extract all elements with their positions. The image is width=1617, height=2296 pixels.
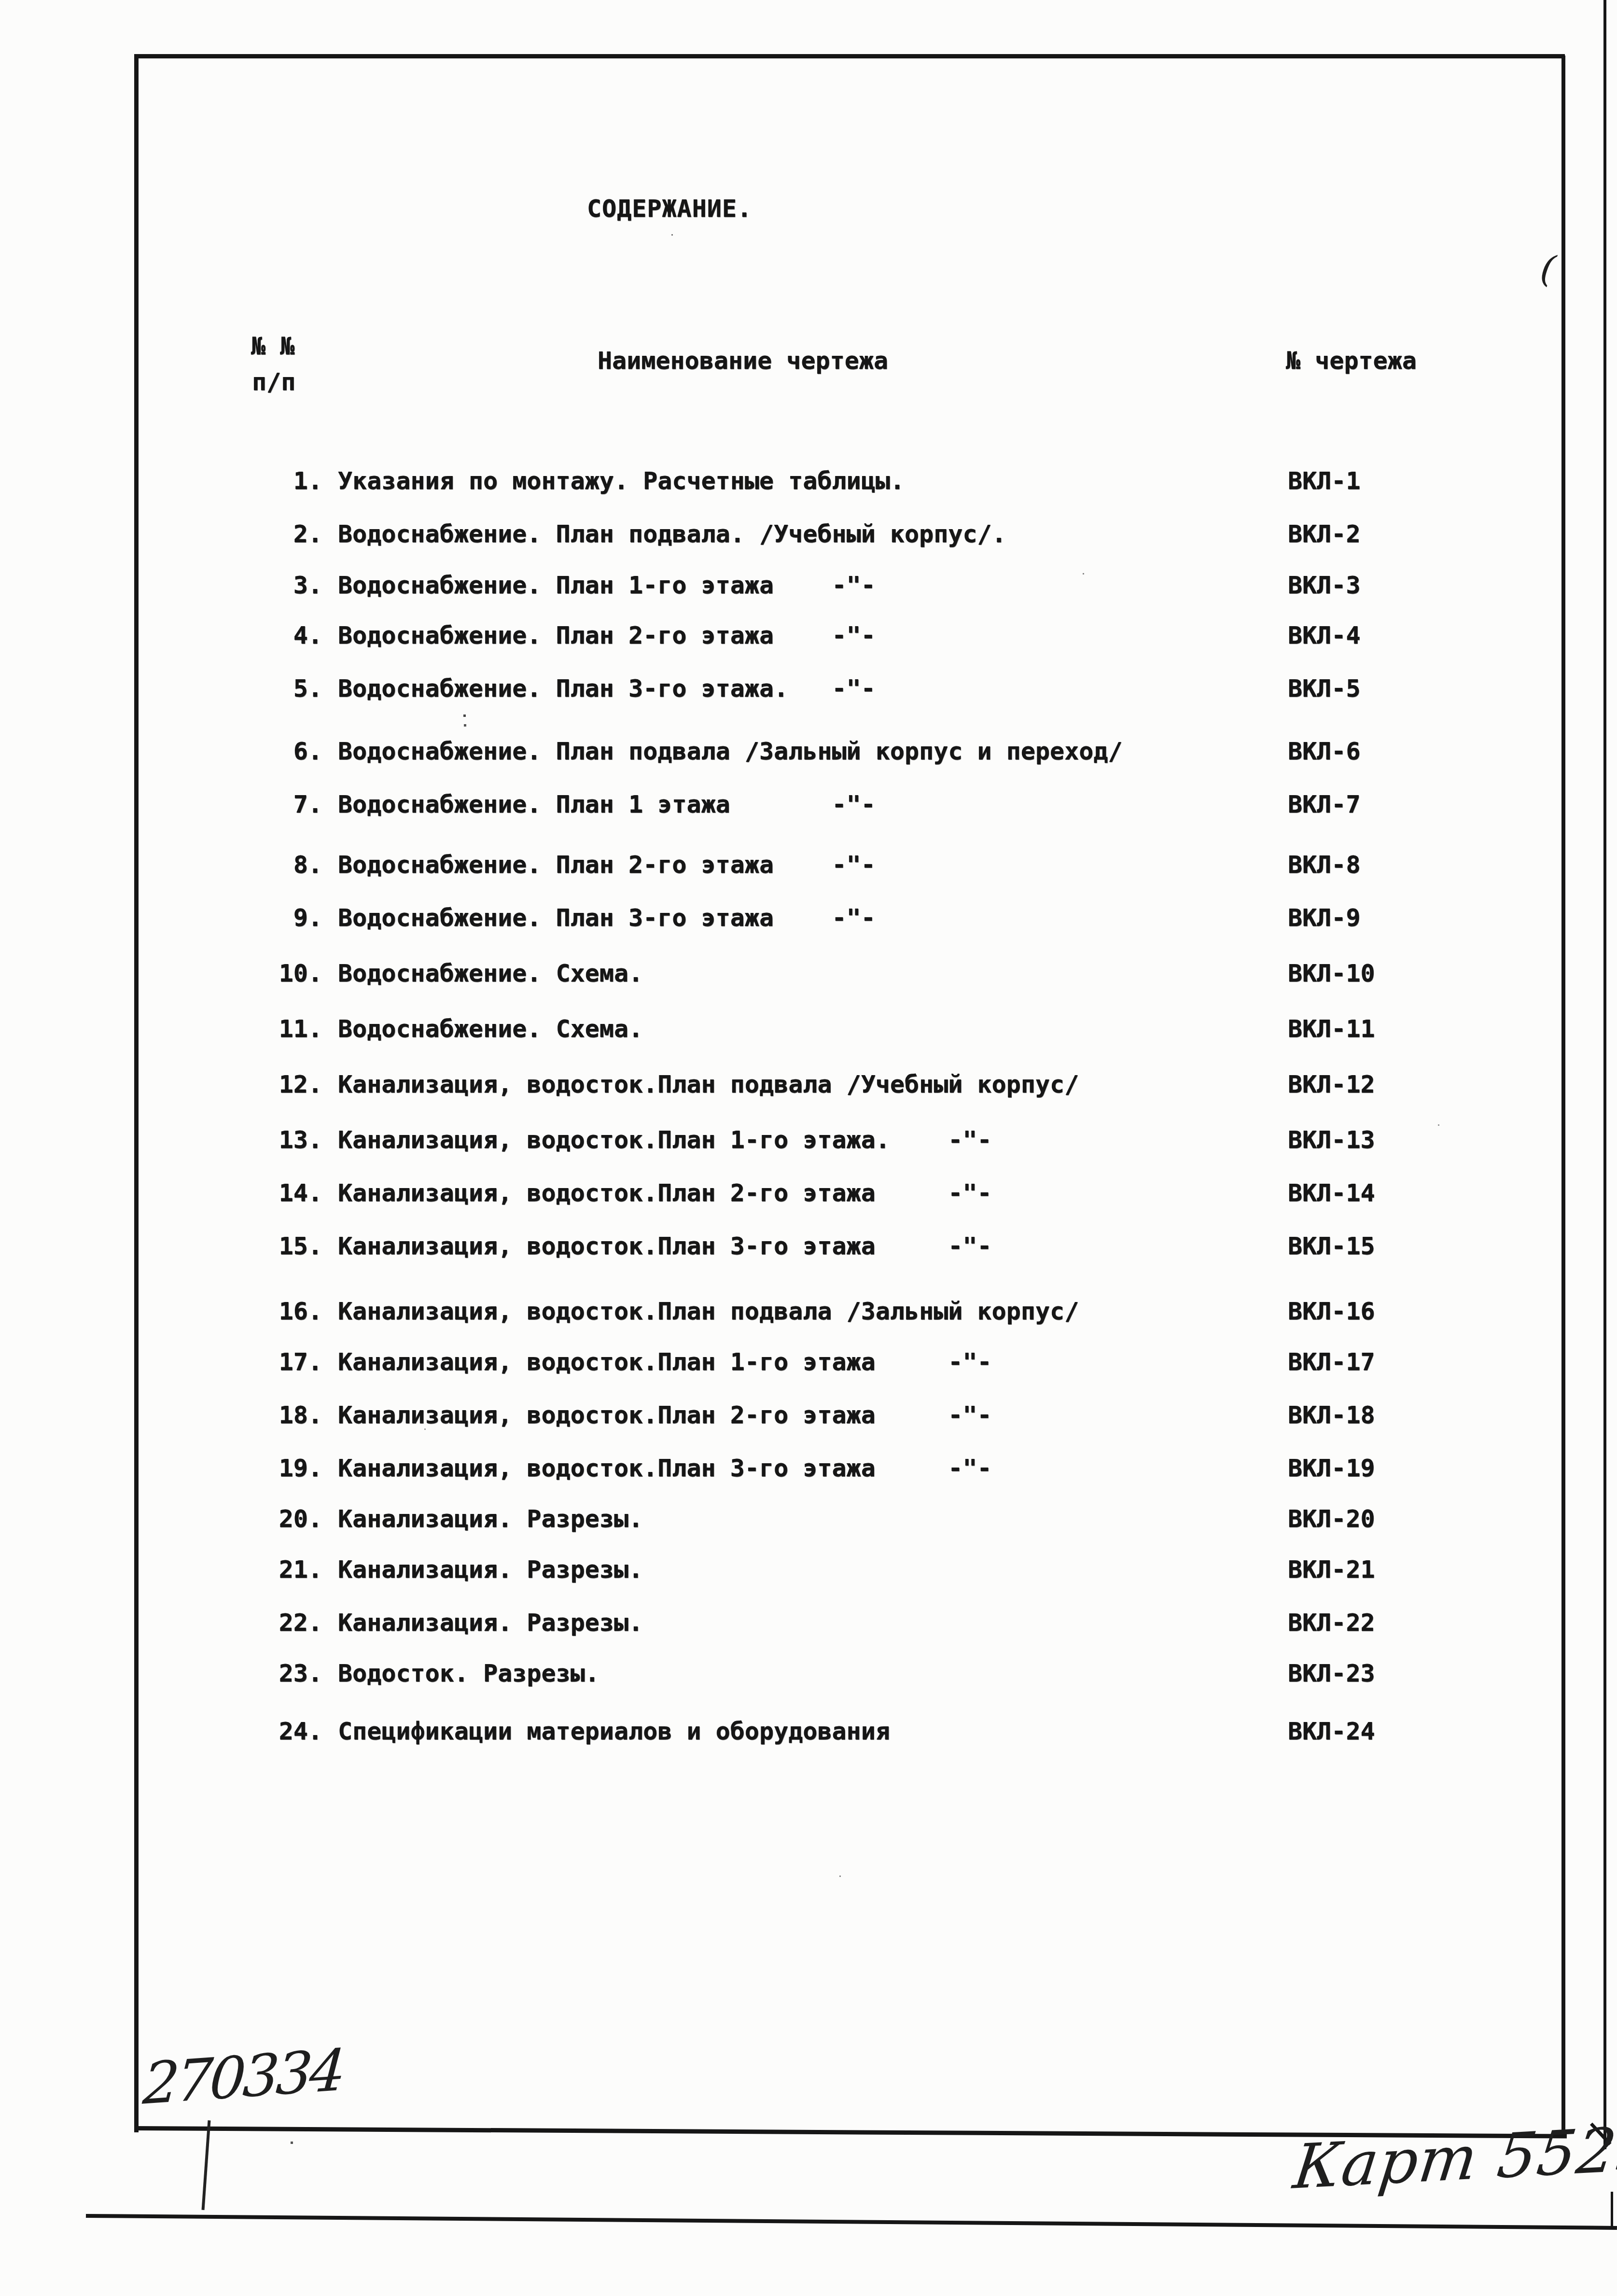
table-row: 1. Указания по монтажу. Расчетные таблиц… bbox=[0, 467, 1617, 496]
table-row: 10. Водоснабжение. Схема. ВКЛ-10 bbox=[0, 960, 1617, 989]
row-drawing-name: Водоснабжение. План подвала /Зальный кор… bbox=[338, 738, 1123, 765]
row-drawing-code: ВКЛ-3 bbox=[1288, 572, 1361, 599]
row-drawing-name: Водоснабжение. План 3-го этажа. -"- bbox=[338, 675, 876, 702]
row-drawing-code: ВКЛ-20 bbox=[1288, 1505, 1375, 1532]
row-drawing-name: Водосток. Разрезы. bbox=[338, 1660, 599, 1687]
table-row: 16. Канализация, водосток.План подвала /… bbox=[0, 1298, 1617, 1327]
table-row: 24. Спецификации материалов и оборудован… bbox=[0, 1718, 1617, 1747]
row-drawing-name: Водоснабжение. План подвала. /Учебный ко… bbox=[338, 520, 1006, 547]
row-number: 1. bbox=[240, 467, 322, 494]
row-drawing-code: ВКЛ-8 bbox=[1288, 851, 1361, 878]
row-drawing-code: ВКЛ-4 bbox=[1288, 622, 1361, 649]
page-title: СОДЕРЖАНИЕ. bbox=[587, 195, 752, 223]
row-drawing-name: Канализация, водосток.План 3-го этажа -"… bbox=[338, 1455, 992, 1482]
table-row: 7. Водоснабжение. План 1 этажа -"- ВКЛ-7 bbox=[0, 791, 1617, 820]
row-number: 10. bbox=[240, 960, 322, 987]
handwritten-inventory-number: 270334 bbox=[141, 2036, 345, 2117]
next-page-edge-line bbox=[86, 2214, 1617, 2230]
row-drawing-code: ВКЛ-14 bbox=[1288, 1179, 1375, 1206]
table-row: 14. Канализация, водосток.План 2-го этаж… bbox=[0, 1179, 1617, 1208]
table-row: 20. Канализация. Разрезы. ВКЛ-20 bbox=[0, 1505, 1617, 1534]
row-drawing-name: Указания по монтажу. Расчетные таблицы. bbox=[338, 467, 905, 494]
row-number: 13. bbox=[240, 1126, 322, 1153]
row-number: 24. bbox=[240, 1718, 322, 1745]
row-drawing-name: Канализация, водосток.План 2-го этажа -"… bbox=[338, 1401, 992, 1428]
row-drawing-code: ВКЛ-19 bbox=[1288, 1455, 1375, 1482]
row-drawing-code: ВКЛ-1 bbox=[1288, 467, 1361, 494]
row-drawing-name: Водоснабжение. План 1 этажа -"- bbox=[338, 791, 876, 818]
row-drawing-code: ВКЛ-15 bbox=[1288, 1232, 1375, 1260]
table-row: 21. Канализация. Разрезы. ВКЛ-21 bbox=[0, 1556, 1617, 1585]
row-drawing-name: Водоснабжение. Схема. bbox=[338, 1015, 643, 1042]
table-row: 5. Водоснабжение. План 3-го этажа. -"- В… bbox=[0, 675, 1617, 704]
row-number: 9. bbox=[240, 904, 322, 931]
row-number: 20. bbox=[240, 1505, 322, 1532]
table-row: 4. Водоснабжение. План 2-го этажа -"- ВК… bbox=[0, 622, 1617, 651]
row-drawing-name: Водоснабжение. План 3-го этажа -"- bbox=[338, 904, 876, 931]
handwritten-margin-tick: ( bbox=[1538, 246, 1558, 291]
row-drawing-code: ВКЛ-21 bbox=[1288, 1556, 1375, 1583]
table-row: 6. Водоснабжение. План подвала /Зальный … bbox=[0, 738, 1617, 767]
row-drawing-name: Канализация, водосток.План 2-го этажа -"… bbox=[338, 1179, 992, 1206]
pen-stroke-tail bbox=[202, 2120, 211, 2210]
table-row: 8. Водоснабжение. План 2-го этажа -"- ВК… bbox=[0, 851, 1617, 880]
row-drawing-code: ВКЛ-13 bbox=[1288, 1126, 1375, 1153]
row-number: 4. bbox=[240, 622, 322, 649]
scanned-document-page: СОДЕРЖАНИЕ. № № п/п Наименование чертежа… bbox=[0, 0, 1617, 2296]
row-drawing-code: ВКЛ-2 bbox=[1288, 520, 1361, 547]
row-drawing-code: ВКЛ-9 bbox=[1288, 904, 1361, 931]
row-number: 2. bbox=[240, 520, 322, 547]
row-number: 7. bbox=[240, 791, 322, 818]
row-number: 19. bbox=[240, 1455, 322, 1482]
row-number: 15. bbox=[240, 1232, 322, 1260]
row-number: 5. bbox=[240, 675, 322, 702]
row-number: 3. bbox=[240, 572, 322, 599]
row-drawing-code: ВКЛ-11 bbox=[1288, 1015, 1375, 1042]
table-row: 23. Водосток. Разрезы. ВКЛ-23 bbox=[0, 1660, 1617, 1689]
table-row: 22. Канализация. Разрезы. ВКЛ-22 bbox=[0, 1609, 1617, 1638]
handwritten-archive-mark: Карт 5525 bbox=[1290, 2113, 1617, 2203]
column-header-drawing-name: Наименование чертежа bbox=[598, 347, 888, 375]
row-drawing-name: Канализация, водосток.План подвала /Учеб… bbox=[338, 1071, 1079, 1098]
row-drawing-code: ВКЛ-12 bbox=[1288, 1071, 1375, 1098]
table-row: 12. Канализация, водосток.План подвала /… bbox=[0, 1071, 1617, 1100]
row-drawing-name: Водоснабжение. План 2-го этажа -"- bbox=[338, 851, 876, 878]
row-drawing-code: ВКЛ-16 bbox=[1288, 1298, 1375, 1325]
row-number: 16. bbox=[240, 1298, 322, 1325]
table-row: 17. Канализация, водосток.План 1-го этаж… bbox=[0, 1348, 1617, 1377]
column-header-number-line1: № № bbox=[251, 332, 294, 360]
row-drawing-name: Водоснабжение. План 1-го этажа -"- bbox=[338, 572, 876, 599]
table-row: 11. Водоснабжение. Схема. ВКЛ-11 bbox=[0, 1015, 1617, 1044]
row-number: 22. bbox=[240, 1609, 322, 1636]
row-drawing-name: Канализация, водосток.План подвала /Заль… bbox=[338, 1298, 1079, 1325]
row-number: 6. bbox=[240, 738, 322, 765]
row-drawing-code: ВКЛ-6 bbox=[1288, 738, 1361, 765]
row-drawing-name: Канализация, водосток.План 1-го этажа. -… bbox=[338, 1126, 992, 1153]
row-number: 11. bbox=[240, 1015, 322, 1042]
row-drawing-name: Канализация. Разрезы. bbox=[338, 1556, 643, 1583]
row-drawing-code: ВКЛ-17 bbox=[1288, 1348, 1375, 1375]
row-number: 8. bbox=[240, 851, 322, 878]
table-row: 3. Водоснабжение. План 1-го этажа -"- ВК… bbox=[0, 572, 1617, 601]
row-number: 17. bbox=[240, 1348, 322, 1375]
row-drawing-name: Канализация, водосток.План 1-го этажа -"… bbox=[338, 1348, 992, 1375]
row-drawing-name: Канализация. Разрезы. bbox=[338, 1505, 643, 1532]
row-drawing-code: ВКЛ-5 bbox=[1288, 675, 1361, 702]
row-drawing-code: ВКЛ-18 bbox=[1288, 1401, 1375, 1428]
row-drawing-code: ВКЛ-10 bbox=[1288, 960, 1375, 987]
row-number: 12. bbox=[240, 1071, 322, 1098]
row-drawing-name: Канализация, водосток.План 3-го этажа -"… bbox=[338, 1232, 992, 1260]
row-drawing-code: ВКЛ-24 bbox=[1288, 1718, 1375, 1745]
row-drawing-code: ВКЛ-7 bbox=[1288, 791, 1361, 818]
row-drawing-name: Водоснабжение. Схема. bbox=[338, 960, 643, 987]
column-header-drawing-code: № чертежа bbox=[1286, 347, 1417, 375]
row-drawing-name: Водоснабжение. План 2-го этажа -"- bbox=[338, 622, 876, 649]
column-header-number-line2: п/п bbox=[252, 368, 295, 396]
row-number: 21. bbox=[240, 1556, 322, 1583]
table-row: 9. Водоснабжение. План 3-го этажа -"- ВК… bbox=[0, 904, 1617, 933]
row-drawing-code: ВКЛ-22 bbox=[1288, 1609, 1375, 1636]
row-drawing-name: Спецификации материалов и оборудования bbox=[338, 1718, 890, 1745]
table-row: 2. Водоснабжение. План подвала. /Учебный… bbox=[0, 520, 1617, 549]
row-drawing-code: ВКЛ-23 bbox=[1288, 1660, 1375, 1687]
table-row: 19. Канализация, водосток.План 3-го этаж… bbox=[0, 1455, 1617, 1484]
row-drawing-name: Канализация. Разрезы. bbox=[338, 1609, 643, 1636]
scan-speckles bbox=[0, 0, 0, 0]
frame-top-line bbox=[134, 54, 1565, 58]
table-row: 18. Канализация, водосток.План 2-го этаж… bbox=[0, 1401, 1617, 1430]
table-row: 13. Канализация, водосток.План 1-го этаж… bbox=[0, 1126, 1617, 1155]
row-number: 23. bbox=[240, 1660, 322, 1687]
row-number: 18. bbox=[240, 1401, 322, 1428]
row-number: 14. bbox=[240, 1179, 322, 1206]
scan-edge-tick bbox=[1611, 2192, 1613, 2227]
table-row: 15. Канализация, водосток.План 3-го этаж… bbox=[0, 1232, 1617, 1261]
